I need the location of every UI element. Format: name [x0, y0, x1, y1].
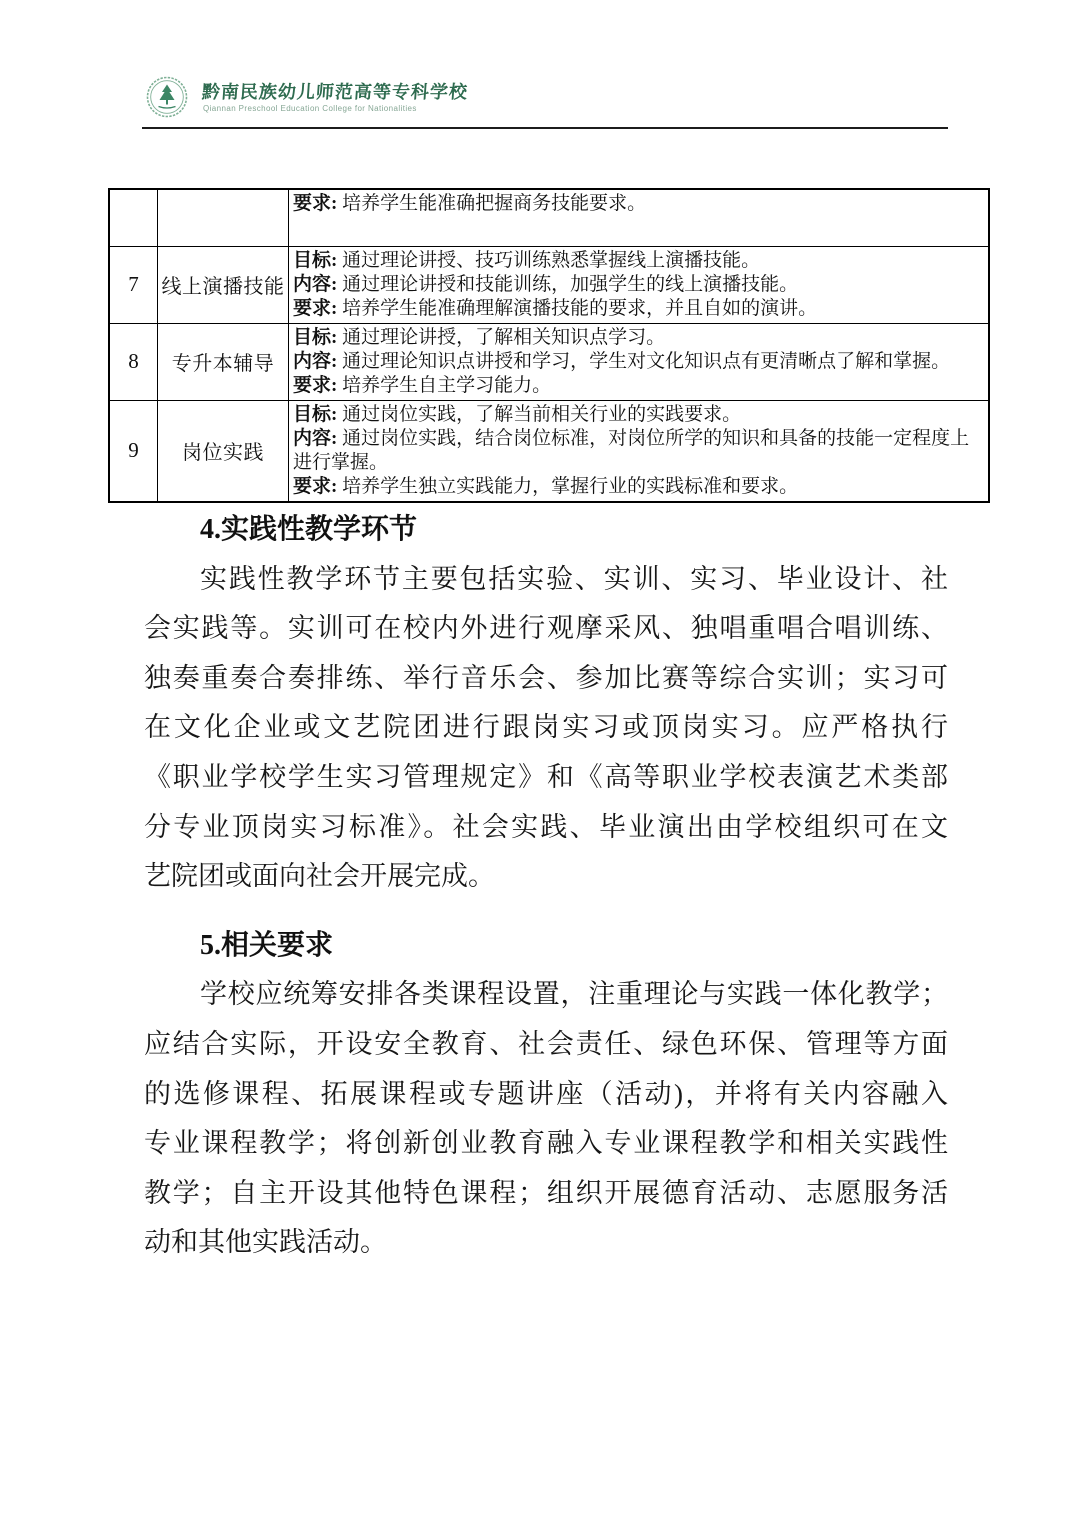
paragraph-line: 艺院团或面向社会开展完成。: [144, 852, 948, 902]
description-label: 要求:: [293, 193, 337, 214]
course-description-item: 目标: 通过理论讲授，了解相关知识点学习。: [293, 326, 986, 350]
table-row: 要求: 培养学生能准确把握商务技能要求。: [109, 189, 989, 246]
course-description-item: 要求: 培养学生独立实践能力，掌握行业的实践标准和要求。: [293, 475, 986, 499]
paragraph-line: 动和其他实践活动。: [144, 1218, 948, 1268]
paragraph-line: 会实践等。实训可在校内外进行观摩采风、独唱重唱合唱训练、: [144, 604, 948, 654]
course-number-cell: 9: [109, 400, 158, 502]
table-row: 9岗位实践目标: 通过岗位实践，了解当前相关行业的实践要求。内容: 通过岗位实践…: [109, 400, 989, 502]
document-body: 4.实践性教学环节实践性教学环节主要包括实验、实训、实习、毕业设计、社会实践等。…: [144, 505, 948, 1268]
course-number-cell: 8: [109, 323, 158, 400]
course-table-body: 要求: 培养学生能准确把握商务技能要求。7线上演播技能目标: 通过理论讲授、技巧…: [109, 189, 989, 502]
section-heading: 4.实践性教学环节: [144, 505, 948, 555]
paragraph-line: 的选修课程、拓展课程或专题讲座（活动)，并将有关内容融入: [144, 1070, 948, 1120]
paragraph-line: 应结合实际，开设安全教育、社会责任、绿色环保、管理等方面: [144, 1020, 948, 1070]
description-label: 内容:: [293, 428, 337, 449]
paragraph-line: 学校应统筹安排各类课程设置，注重理论与实践一体化教学；: [144, 970, 948, 1020]
course-description-item: 目标: 通过理论讲授、技巧训练熟悉掌握线上演播技能。: [293, 249, 986, 273]
description-label: 内容:: [293, 351, 337, 372]
course-description-cell: 目标: 通过理论讲授，了解相关知识点学习。内容: 通过理论知识点讲授和学习，学生…: [289, 323, 990, 400]
course-name-cell: 线上演播技能: [158, 246, 289, 323]
course-description-cell: 要求: 培养学生能准确把握商务技能要求。: [289, 189, 990, 246]
description-label: 要求:: [293, 476, 337, 497]
course-name-cell: [158, 189, 289, 246]
course-description-cell: 目标: 通过岗位实践，了解当前相关行业的实践要求。内容: 通过岗位实践，结合岗位…: [289, 400, 990, 502]
school-emblem-icon: [146, 76, 188, 118]
course-number-cell: 7: [109, 246, 158, 323]
course-table: 要求: 培养学生能准确把握商务技能要求。7线上演播技能目标: 通过理论讲授、技巧…: [108, 188, 990, 503]
document-page: 黔南民族幼儿师范高等专科学校 Qiannan Preschool Educati…: [0, 0, 1074, 1520]
course-description-item: 要求: 培养学生能准确理解演播技能的要求，并且自如的演讲。: [293, 297, 986, 321]
course-description-item: 要求: 培养学生能准确把握商务技能要求。: [293, 192, 986, 216]
paragraph-line: 专业课程教学；将创新创业教育融入专业课程教学和相关实践性: [144, 1119, 948, 1169]
description-label: 目标:: [293, 404, 337, 425]
description-label: 要求:: [293, 298, 337, 319]
course-description-item: 内容: 通过理论讲授和技能训练，加强学生的线上演播技能。: [293, 273, 986, 297]
description-label: 要求:: [293, 375, 337, 396]
school-header: 黔南民族幼儿师范高等专科学校 Qiannan Preschool Educati…: [146, 74, 966, 124]
course-number-cell: [109, 189, 158, 246]
school-name-en: Qiannan Preschool Education College for …: [203, 104, 417, 113]
table-row: 7线上演播技能目标: 通过理论讲授、技巧训练熟悉掌握线上演播技能。内容: 通过理…: [109, 246, 989, 323]
course-description-cell: 目标: 通过理论讲授、技巧训练熟悉掌握线上演播技能。内容: 通过理论讲授和技能训…: [289, 246, 990, 323]
paragraph-line: 实践性教学环节主要包括实验、实训、实习、毕业设计、社: [144, 555, 948, 605]
course-description-item: 内容: 通过理论知识点讲授和学习，学生对文化知识点有更清晰点了解和掌握。: [293, 350, 986, 374]
course-description-item: 内容: 通过岗位实践，结合岗位标准，对岗位所学的知识和具备的技能一定程度上进行掌…: [293, 427, 986, 475]
table-row: 8专升本辅导目标: 通过理论讲授，了解相关知识点学习。内容: 通过理论知识点讲授…: [109, 323, 989, 400]
paragraph-line: 教学；自主开设其他特色课程；组织开展德育活动、志愿服务活: [144, 1169, 948, 1219]
course-name-cell: 专升本辅导: [158, 323, 289, 400]
paragraph-line: 分专业顶岗实习标准》。社会实践、毕业演出由学校组织可在文: [144, 803, 948, 853]
paragraph-line: 在文化企业或文艺院团进行跟岗实习或顶岗实习。应严格执行: [144, 703, 948, 753]
description-label: 目标:: [293, 250, 337, 271]
description-label: 内容:: [293, 274, 337, 295]
section-paragraph: 学校应统筹安排各类课程设置，注重理论与实践一体化教学；应结合实际，开设安全教育、…: [144, 970, 948, 1268]
school-logo-icon: [146, 76, 188, 118]
course-description-item: 要求: 培养学生自主学习能力。: [293, 374, 986, 398]
description-label: 目标:: [293, 327, 337, 348]
paragraph-line: 《职业学校学生实习管理规定》和《高等职业学校表演艺术类部: [144, 753, 948, 803]
paragraph-line: 独奏重奏合奏排练、举行音乐会、参加比赛等综合实训；实习可: [144, 654, 948, 704]
course-name-cell: 岗位实践: [158, 400, 289, 502]
section-paragraph: 实践性教学环节主要包括实验、实训、实习、毕业设计、社会实践等。实训可在校内外进行…: [144, 555, 948, 902]
section-heading: 5.相关要求: [144, 921, 948, 971]
school-name-zh: 黔南民族幼儿师范高等专科学校: [201, 78, 469, 104]
header-divider-line: [142, 127, 948, 129]
course-description-item: 目标: 通过岗位实践，了解当前相关行业的实践要求。: [293, 403, 986, 427]
